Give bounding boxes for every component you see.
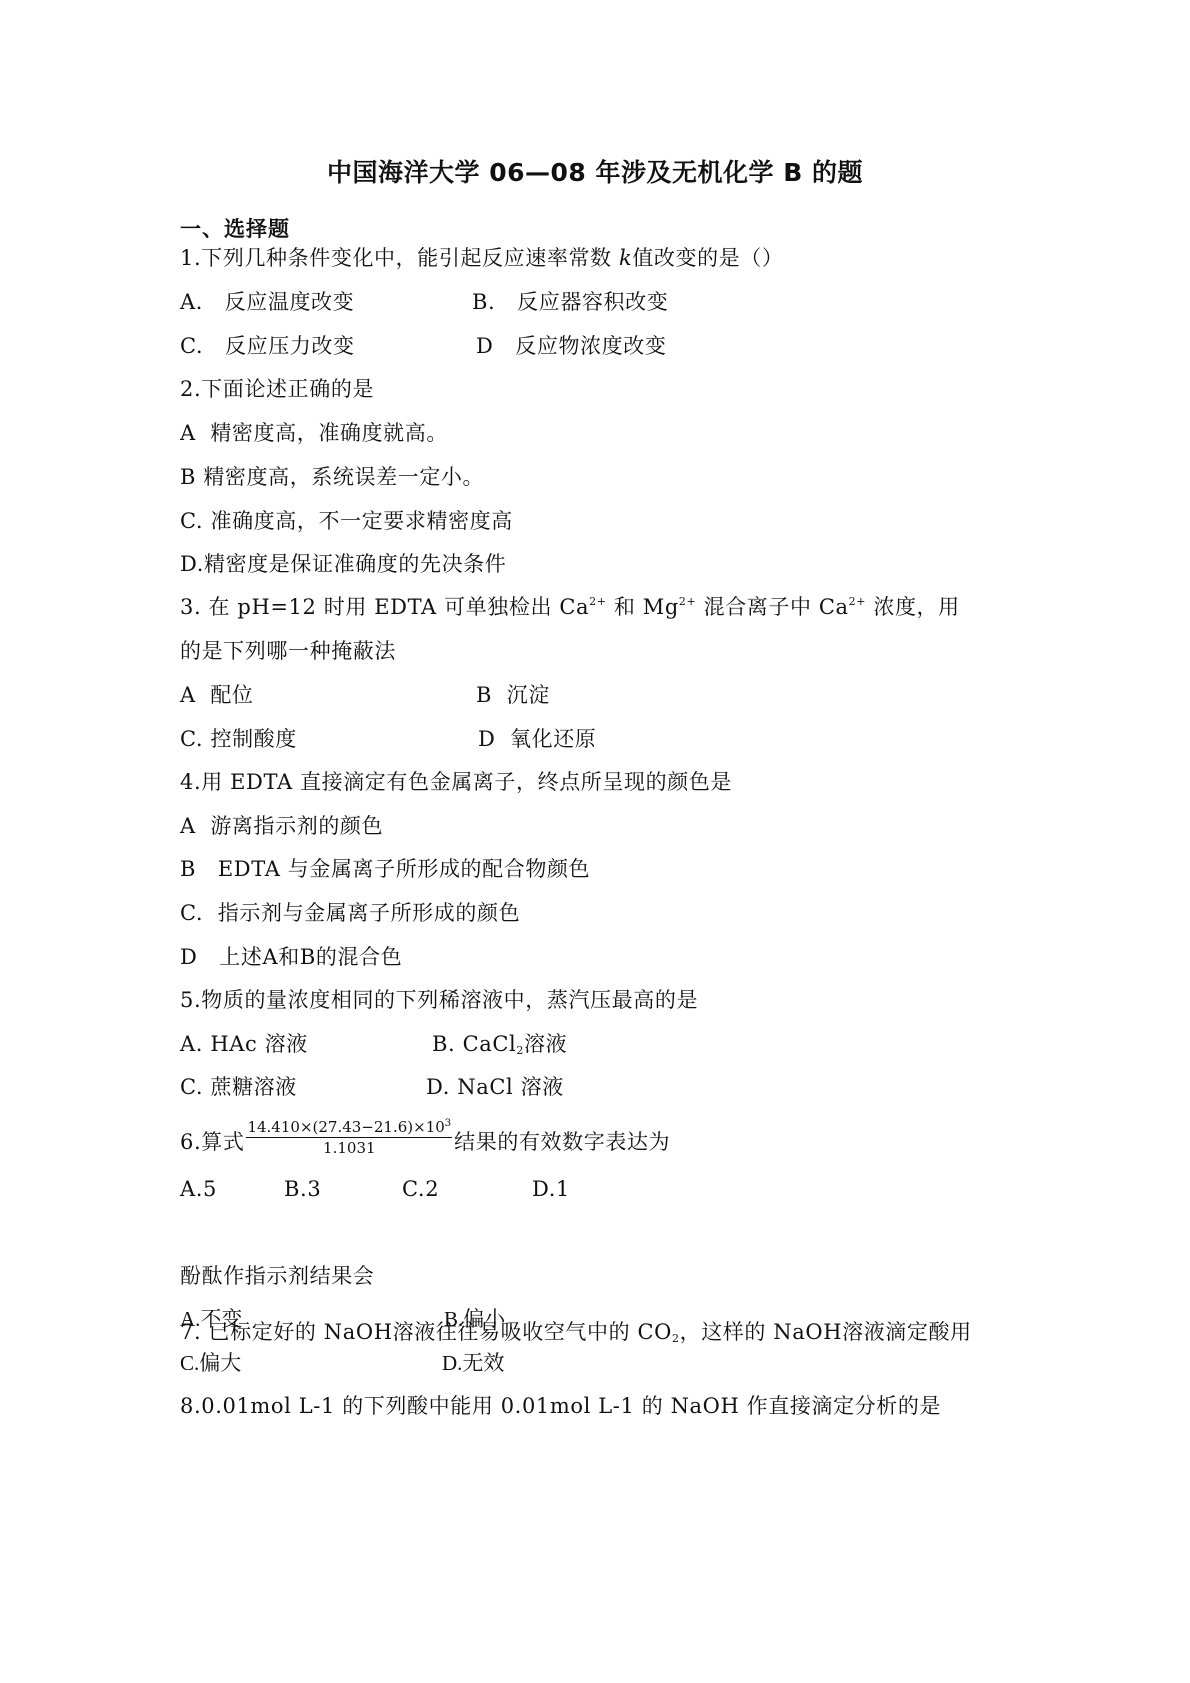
question-6-option-b: B.3: [284, 1174, 321, 1204]
question-5-option-c: C. 蔗糖溶液: [180, 1072, 297, 1102]
question-5-option-b: B. CaCl2溶液: [432, 1029, 567, 1059]
document-page: 中国海洋大学 06—08 年涉及无机化学 B 的题 一、选择题 1.下列几种条件…: [0, 0, 1190, 1683]
question-4-option-b: B EDTA 与金属离子所形成的配合物颜色: [180, 854, 590, 884]
question-3-option-b: B 沉淀: [476, 680, 550, 710]
question-2-option-a: A 精密度高，准确度就高。: [180, 418, 448, 448]
question-2-option-b: B 精密度高，系统误差一定小。: [180, 462, 484, 492]
question-7-option-c: C.偏大: [180, 1348, 241, 1378]
question-7-stem-line-2: 酚酞作指示剂结果会: [180, 1261, 374, 1291]
question-1-option-d: D 反应物浓度改变: [476, 331, 666, 361]
question-5-option-d: D. NaCl 溶液: [426, 1072, 564, 1102]
question-1-option-c: C. 反应压力改变: [180, 331, 355, 361]
fraction-denominator: 1.1031: [246, 1138, 452, 1157]
question-7-option-b: B.偏小: [444, 1304, 505, 1334]
question-5-stem: 5.物质的量浓度相同的下列稀溶液中，蒸汽压最高的是: [180, 985, 698, 1015]
question-1-stem: 1.下列几种条件变化中，能引起反应速率常数 k值改变的是（）: [180, 243, 783, 273]
question-8-stem: 8.0.01mol L-1 的下列酸中能用 0.01mol L-1 的 NaOH…: [180, 1391, 941, 1421]
k-symbol: k: [619, 246, 632, 270]
question-6-option-d: D.1: [532, 1174, 570, 1204]
question-7-option-a: A.不变: [180, 1304, 242, 1334]
section-heading: 一、选择题: [180, 214, 290, 244]
question-1-option-b: B. 反应器容积改变: [472, 287, 668, 317]
question-2-option-d: D.精密度是保证准确度的先决条件: [180, 549, 506, 579]
document-title: 中国海洋大学 06—08 年涉及无机化学 B 的题: [0, 156, 1190, 190]
question-4-option-d: D 上述A和B的混合色: [180, 942, 402, 972]
question-1-option-a: A． 反应温度改变: [180, 287, 354, 317]
question-3-stem: 3. 在 pH=12 时用 EDTA 可单独检出 Ca2+ 和 Mg2+ 混合离…: [180, 592, 960, 622]
question-6-option-a: A.5: [180, 1174, 217, 1204]
question-2-stem: 2.下面论述正确的是: [180, 374, 374, 404]
question-3-option-c: C. 控制酸度: [180, 724, 297, 754]
question-3-stem-line-2: 的是下列哪一种掩蔽法: [180, 636, 396, 666]
question-3-option-a: A 配位: [180, 680, 254, 710]
question-4-option-a: A 游离指示剂的颜色: [180, 811, 383, 841]
question-2-option-c: C. 准确度高，不一定要求精密度高: [180, 506, 513, 536]
question-4-stem: 4.用 EDTA 直接滴定有色金属离子，终点所呈现的颜色是: [180, 767, 732, 797]
question-3-option-d: D 氧化还原: [478, 724, 596, 754]
question-7-stem: 7. 已标定好的 NaOH溶液往往易吸收空气中的 CO2，这样的 NaOH溶液滴…: [180, 1317, 972, 1347]
question-5-option-a: A. HAc 溶液: [180, 1029, 308, 1059]
question-7-option-d: D.无效: [442, 1348, 504, 1378]
formula-fraction: 14.410×(27.43−21.6)×1031.1031: [246, 1118, 452, 1157]
question-6-option-c: C.2: [402, 1174, 439, 1204]
question-4-option-c: C. 指示剂与金属离子所形成的颜色: [180, 898, 520, 928]
fraction-numerator: 14.410×(27.43−21.6)×103: [246, 1118, 452, 1138]
question-6-stem: 6.算式14.410×(27.43−21.6)×1031.1031结果的有效数字…: [180, 1124, 670, 1163]
question-number: 1.: [180, 246, 201, 270]
